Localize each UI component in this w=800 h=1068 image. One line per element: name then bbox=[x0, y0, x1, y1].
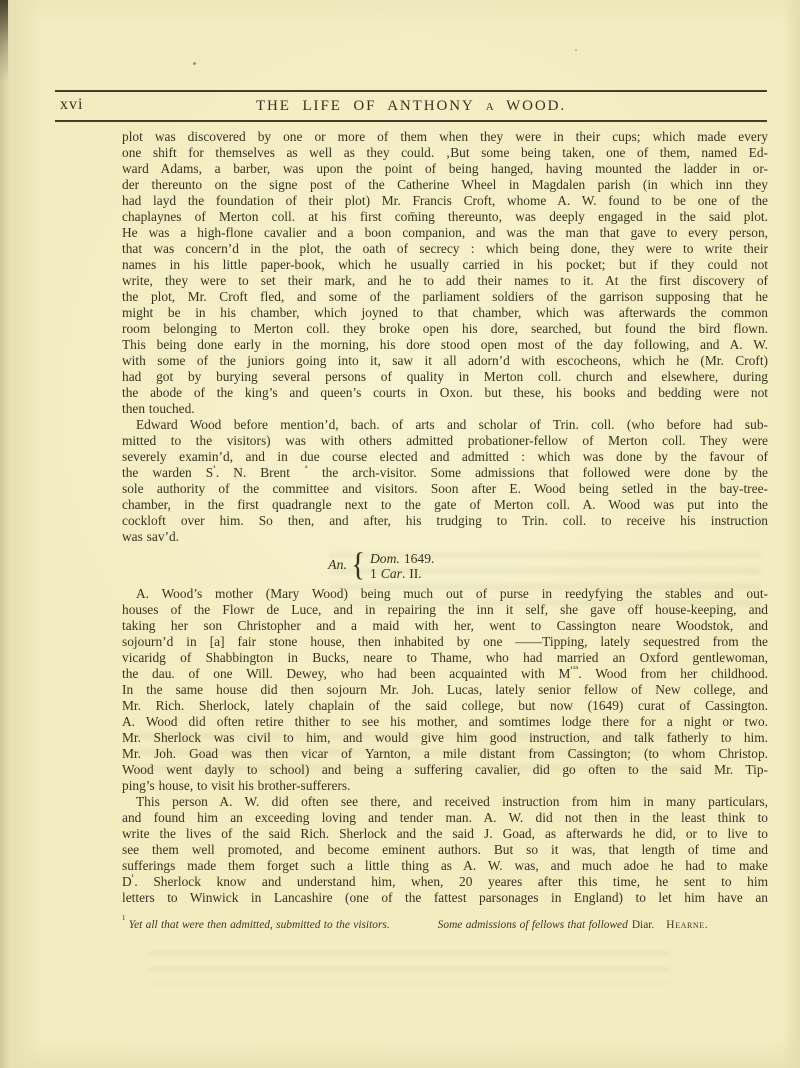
text-line: write, they were to set their mark, and … bbox=[122, 273, 768, 289]
text-line: Mr. Joh. Goad was then vicar of Yarnton,… bbox=[122, 746, 768, 762]
footnote-source: Diar. bbox=[632, 919, 654, 931]
page-header: xvi THE LIFE OF ANTHONY A WOOD. bbox=[55, 90, 767, 122]
text-line: Dr. Sherlock know and understand him, wh… bbox=[122, 874, 768, 890]
text-line: names in his little paper-book, which he… bbox=[122, 257, 768, 273]
text-line: that was concern’d in the plot, the oath… bbox=[122, 241, 768, 257]
text-line: sole authority of the committee and visi… bbox=[122, 481, 768, 497]
running-title-end: WOOD. bbox=[506, 98, 566, 114]
anno-lines: Dom.1649. 1Car. II. bbox=[370, 551, 434, 581]
paper-speck bbox=[193, 62, 196, 65]
text-line: room belonging to Merton coll. they brok… bbox=[122, 321, 768, 337]
running-title-smallcap-a: A bbox=[486, 101, 495, 113]
show-through-ghost bbox=[150, 950, 670, 984]
text-line: Edward Wood before mention’d, bach. of a… bbox=[122, 417, 768, 433]
text-line: chaplaynes of Merton coll. at his first … bbox=[122, 209, 768, 225]
text-line: severely examin’d, and in due course ele… bbox=[122, 449, 768, 465]
text-line: This person A. W. did often see there, a… bbox=[122, 794, 768, 810]
text-line: Mr. Rich. Sherlock, lately chaplain of t… bbox=[122, 698, 768, 714]
text-line: vicaridg of Shabbington in Bucks, neare … bbox=[122, 650, 768, 666]
text-block: plot was discovered by one or more of th… bbox=[122, 129, 768, 932]
text-line: had layd the foundation of their plot) M… bbox=[122, 193, 768, 209]
text-line: sufferings made them forget such a littl… bbox=[122, 858, 768, 874]
text-line: This being done early in the morning, hi… bbox=[122, 337, 768, 353]
text-line: the dau. of one Will. Dewey, who had bee… bbox=[122, 666, 768, 682]
paragraph-4: This person A. W. did often see there, a… bbox=[122, 794, 768, 906]
paragraph-3: A. Wood’s mother (Mary Wood) being much … bbox=[122, 586, 768, 794]
text-line: He was a high-flone cavalier and a boon … bbox=[122, 225, 768, 241]
running-title: THE LIFE OF ANTHONY A WOOD. bbox=[55, 98, 767, 115]
text-line: ping’s house, to visit his brother-suffe… bbox=[122, 778, 768, 794]
text-line: might be in his chamber, which joyned to… bbox=[122, 305, 768, 321]
text-line: with some of the juniors going into it, … bbox=[122, 353, 768, 369]
text-line: see them well promoted, and become emine… bbox=[122, 842, 768, 858]
text-line: plot was discovered by one or more of th… bbox=[122, 129, 768, 145]
text-line: taking her son Christopher and a maid wi… bbox=[122, 618, 768, 634]
text-line: Mr. Sherlock was civil to him, and would… bbox=[122, 730, 768, 746]
paper-speck bbox=[575, 49, 577, 51]
text-line: A. Wood’s mother (Mary Wood) being much … bbox=[122, 586, 768, 602]
paragraph-2: Edward Wood before mention’d, bach. of a… bbox=[122, 417, 768, 545]
anno-prefix: An. bbox=[328, 558, 347, 574]
text-line: one shift for themselves as well as they… bbox=[122, 145, 768, 161]
text-line: Wood went dayly to school) and being a s… bbox=[122, 762, 768, 778]
text-line: houses of the Flowr de Luce, and in repa… bbox=[122, 602, 768, 618]
text-line: write the lives of the said Rich. Sherlo… bbox=[122, 826, 768, 842]
text-line: the abode of the king’s and queen’s cour… bbox=[122, 385, 768, 401]
text-line: the warden Sr. N. Brent 1 the arch-visit… bbox=[122, 465, 768, 481]
text-line: and found him an exceeding loving and te… bbox=[122, 810, 768, 826]
text-line: then touched. bbox=[122, 401, 768, 417]
text-line: was sav’d. bbox=[122, 529, 768, 545]
running-title-main: THE LIFE OF ANTHONY bbox=[256, 98, 474, 114]
text-line: letters to Winwick in Lancashire (one of… bbox=[122, 890, 768, 906]
scan-edge-smudge bbox=[0, 0, 8, 86]
footnote-marker: 1 bbox=[122, 915, 125, 922]
text-line: In the same house did then sojourn Mr. J… bbox=[122, 682, 768, 698]
text-line: mitted to the visitors) was with others … bbox=[122, 433, 768, 449]
paragraph-1: plot was discovered by one or more of th… bbox=[122, 129, 768, 417]
footnote-attribution: Hearne. bbox=[666, 919, 708, 931]
text-line: chamber, in the first quadrangle next to… bbox=[122, 497, 768, 513]
anno-line-car: 1Car. II. bbox=[370, 566, 434, 581]
brace-glyph: { bbox=[351, 556, 365, 574]
anno-domini-block: An. { Dom.1649. 1Car. II. bbox=[328, 549, 768, 583]
text-line: cockloft over him. So then, and after, h… bbox=[122, 513, 768, 529]
text-line: der thereunto on the signe post of the C… bbox=[122, 177, 768, 193]
text-line: sojourn’d in [a] fair stone house, then … bbox=[122, 634, 768, 650]
text-line: the plot, Mr. Croft fled, and some of th… bbox=[122, 289, 768, 305]
text-line: A. Wood did often retire thither to see … bbox=[122, 714, 768, 730]
anno-line-dom: Dom.1649. bbox=[370, 551, 434, 566]
footnote-note1: Yet all that were then admitted, submitt… bbox=[129, 919, 390, 931]
footnote: 1 Yet all that were then admitted, submi… bbox=[122, 918, 768, 932]
text-line: ward Adams, a barber, was upon the point… bbox=[122, 161, 768, 177]
footnote-note2: Some admissions of fellows that followed bbox=[438, 919, 628, 931]
book-page: { "header": { "page_number": "xvi", "tit… bbox=[0, 0, 800, 1068]
text-line: had got by burying several persons of qu… bbox=[122, 369, 768, 385]
